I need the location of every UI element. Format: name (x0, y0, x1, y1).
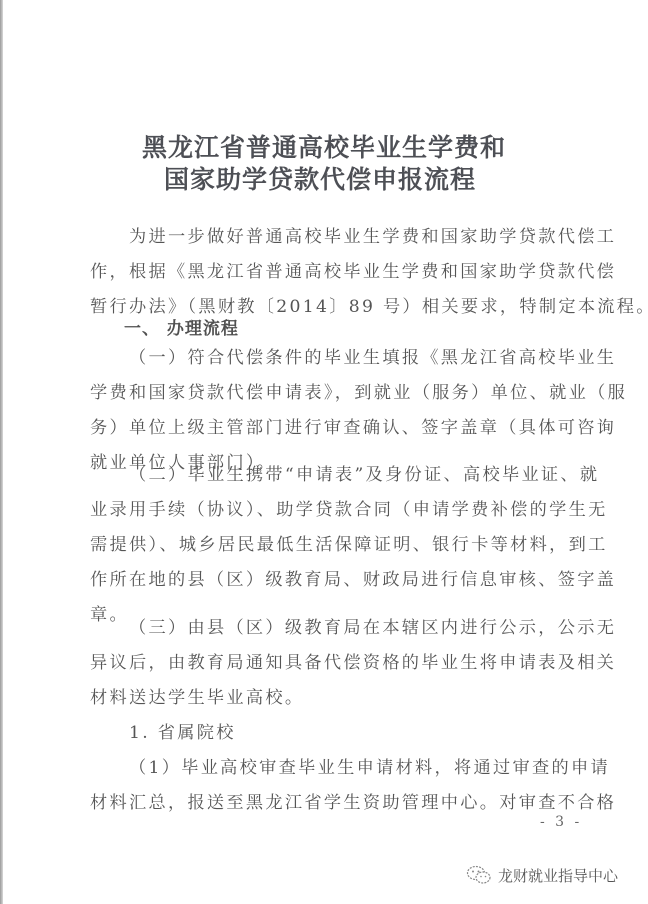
text-line: 学费和国家贷款代偿申请表》，到就业（服务）单位、就业（服 (90, 378, 627, 408)
document-page: 黑龙江省普通高校毕业生学费和 国家助学贷款代偿申报流程 为进一步做好普通高校毕业… (0, 0, 648, 904)
text-line: （一）符合代偿条件的毕业生填报《黑龙江省高校毕业生 (129, 343, 616, 373)
text-line: 作所在地的县（区）级教育局、财政局进行信息审核、签字盖 (90, 565, 616, 595)
text-line: 为进一步做好普通高校毕业生学费和国家助学贷款代偿工 (129, 222, 616, 252)
wechat-watermark: 龙财就业指导中心 (466, 864, 618, 886)
document-title-line-1: 黑龙江省普通高校毕业生学费和 (0, 128, 648, 164)
text-line: 作，根据《黑龙江省普通高校毕业生学费和国家助学贷款代偿 (90, 257, 616, 287)
text-line: 务）单位上级主管部门进行审查确认、签字盖章（具体可咨询 (90, 413, 616, 443)
text-line: 异议后，由教育局通知具备代偿资格的毕业生将申请表及相关 (90, 648, 616, 678)
text-line: 需提供）、城乡居民最低生活保障证明、银行卡等材料，到工 (90, 530, 608, 560)
text-line: 1. 省属院校 (129, 718, 236, 748)
text-line: 材料送达学生毕业高校。 (90, 683, 304, 713)
text-line: （二）毕业生携带“申请表”及身份证、高校毕业证、就 (129, 460, 599, 490)
document-title-line-2: 国家助学贷款代偿申报流程 (0, 160, 644, 196)
text-line: 业录用手续（协议）、助学贷款合同（申请学费补偿的学生无 (90, 495, 608, 525)
text-line: （三）由县（区）级教育局在本辖区内进行公示，公示无 (129, 613, 616, 643)
text-line: 材料汇总，报送至黑龙江省学生资助管理中心。对审查不合格 (90, 788, 616, 818)
text-line: （1）毕业高校审查毕业生申请材料，将通过审查的申请 (129, 753, 610, 783)
wechat-icon (466, 865, 492, 885)
watermark-text: 龙财就业指导中心 (498, 865, 618, 886)
text-line: 章。 (90, 600, 129, 630)
page-number: - 3 - (540, 814, 582, 830)
section-heading-procedure: 一、 办理流程 (124, 314, 239, 339)
